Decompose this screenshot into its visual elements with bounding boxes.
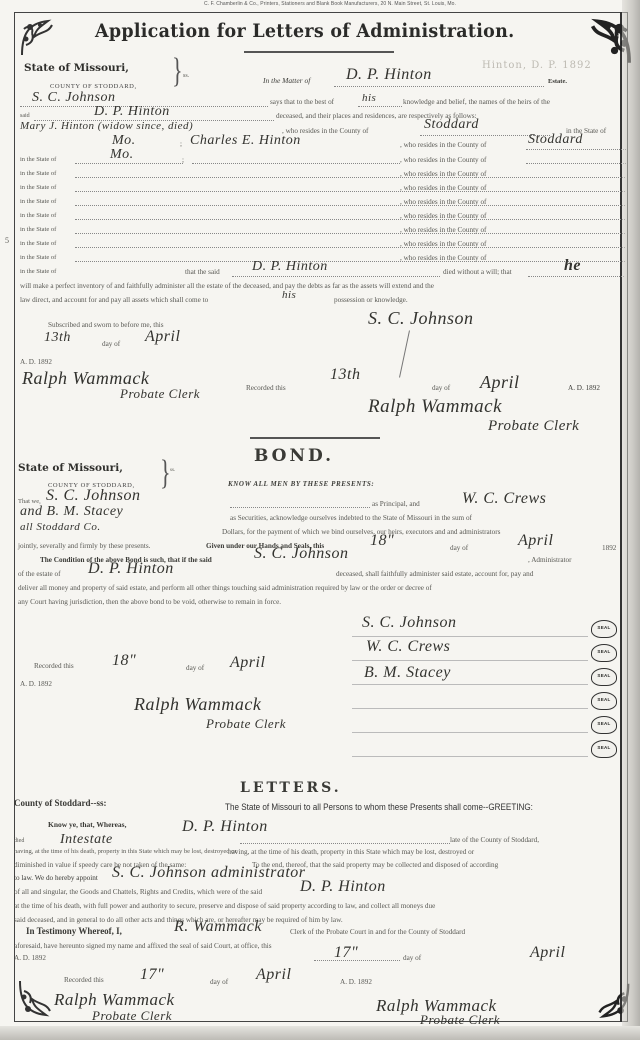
heir-2-name: Charles E. Hinton (190, 133, 301, 149)
bond-signature-2: W. C. Crews (366, 638, 450, 656)
seal-icon: SEAL (591, 740, 617, 758)
bond-signature-1: S. C. Johnson (362, 614, 457, 632)
matter-name: D. P. Hinton (346, 66, 432, 84)
surety-name: W. C. Crews (462, 490, 546, 508)
letters-recorded-day: 17" (140, 966, 164, 984)
letters-title: LETTERS. (240, 780, 342, 796)
pronoun-he: he (564, 257, 581, 275)
clerk-title-2: Probate Clerk (488, 418, 579, 435)
clerk-title: Probate Clerk (120, 386, 200, 402)
faint-stamp: Hinton, D. P. 1892 (482, 60, 592, 71)
section-divider (250, 437, 380, 439)
pronoun-his-2: his (282, 289, 296, 301)
goods-name: D. P. Hinton (300, 878, 386, 896)
heir-2-state: Mo. (110, 147, 134, 163)
estate-label: Estate. (548, 78, 567, 85)
given-year: 1892 (602, 544, 616, 552)
county-label: COUNTY OF STODDARD, (50, 83, 137, 90)
died-name: D. P. Hinton (252, 259, 328, 275)
letters-deceased-name: D. P. Hinton (182, 818, 268, 836)
know-all-men: KNOW ALL MEN BY THESE PRESENTS: (228, 480, 374, 488)
letters-recorded-month: April (256, 966, 291, 984)
recorded-year: A. D. 1892 (568, 384, 600, 392)
bond-recorded-day: 18" (112, 652, 136, 670)
sworn-month: April (145, 328, 180, 346)
printer-imprint: C. F. Chamberlin & Co., Printers, Statio… (120, 1, 540, 7)
bracket: } (172, 50, 183, 92)
died-status: Intestate (60, 832, 113, 848)
greeting: The State of Missouri to all Persons to … (225, 802, 533, 812)
margin-mark: 5 (5, 236, 9, 245)
given-month: April (518, 532, 553, 550)
letters-county-header: County of Stoddard--ss: (14, 798, 107, 808)
seal-icon: SEAL (591, 716, 617, 734)
application-title: Application for Letters of Administratio… (95, 20, 514, 42)
seal-icon: SEAL (591, 644, 617, 662)
bond-clerk-signature: Ralph Wammack (134, 694, 261, 715)
seal-icon: SEAL (591, 620, 617, 638)
in-matter-label: In the Matter of (263, 76, 310, 85)
clerk-signature-2: Ralph Wammack (368, 396, 502, 418)
recorded-day: 13th (330, 366, 360, 384)
recorded-month: April (480, 372, 520, 393)
heir-1-county: Stoddard (424, 117, 479, 133)
sworn-day: 13th (44, 330, 71, 346)
sworn-year: A. D. 1892 (20, 358, 52, 366)
letters-year: A. D. 1892 (14, 954, 46, 962)
applicant-signature: S. C. Johnson (368, 308, 474, 329)
principal-1: S. C. Johnson (46, 487, 141, 505)
ss-label: ss. (183, 73, 189, 79)
office-day: 17" (334, 944, 358, 962)
deceased-name: D. P. Hinton (94, 104, 170, 120)
photo-bottom-edge (0, 1026, 640, 1040)
title-divider (244, 51, 394, 53)
office-month: April (530, 944, 565, 962)
document-page: C. F. Chamberlin & Co., Printers, Statio… (0, 0, 640, 1040)
given-day: 18" (370, 532, 394, 550)
bond-state-header: State of Missouri, (18, 462, 123, 474)
bond-estate-name: D. P. Hinton (88, 560, 174, 578)
bond-signature-3: B. M. Stacey (364, 664, 451, 682)
bond-clerk-title: Probate Clerk (206, 716, 286, 732)
principal-2: and B. M. Stacey (20, 504, 123, 520)
letters-clerk-signature-left: Ralph Wammack (54, 990, 175, 1010)
bond-recorded-year: A. D. 1892 (20, 680, 52, 688)
seal-icon: SEAL (591, 692, 617, 710)
letters-recorded-year: A. D. 1892 (340, 978, 372, 986)
heir-1-name: Mary J. Hinton (widow since, died) (20, 120, 193, 132)
pronoun-his: his (362, 92, 376, 104)
letters-clerk-title-left: Probate Clerk (92, 1008, 172, 1024)
state-header: State of Missouri, (24, 62, 129, 74)
bond-title: BOND. (254, 446, 334, 466)
seal-icon: SEAL (591, 668, 617, 686)
know-ye: Know ye, that, Whereas, (48, 820, 126, 829)
bond-recorded-month: April (230, 654, 265, 672)
appointee: S. C. Johnson administrator (112, 864, 306, 882)
administrator-name: S. C. Johnson (254, 545, 349, 563)
photo-edge-shadow (622, 0, 640, 1040)
testimony-name: R. Wammack (174, 918, 262, 936)
testimony-label: In Testimony Whereof, I, (26, 926, 122, 936)
principal-3: all Stoddard Co. (20, 521, 101, 533)
heir-2-county: Stoddard (528, 132, 583, 148)
corner-ornament-top-left-icon (18, 15, 64, 61)
